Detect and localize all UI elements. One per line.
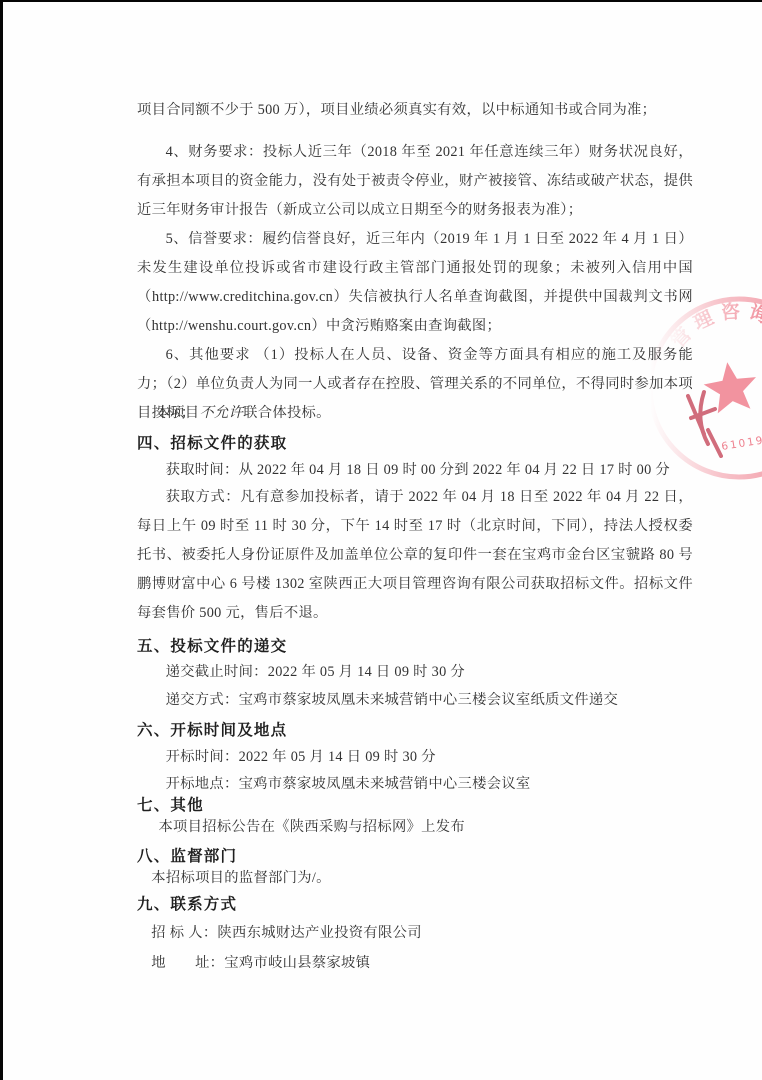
paragraph-acquisition-method: 获取方式：凡有意参加投标者，请于 2022 年 04 月 18 日至 2022 … bbox=[137, 483, 693, 628]
paragraph-tenderer-name: 招 标 人：陕西东城财达产业投资有限公司 bbox=[137, 919, 693, 948]
paragraph-submission-deadline: 递交截止时间：2022 年 05 月 14 日 09 时 30 分 bbox=[137, 658, 693, 687]
section-heading-5-bid-submission: 五、投标文件的递交 bbox=[137, 633, 693, 661]
paragraph-requirement-4-finance: 4、财务要求：投标人近三年（2018 年至 2021 年任意连续三年）财务状况良… bbox=[137, 138, 693, 225]
section-heading-6-bid-opening: 六、开标时间及地点 bbox=[137, 717, 693, 745]
no-consortium-emphasis: 不允许 bbox=[199, 405, 243, 421]
paragraph-contract-amount-continuation: 项目合同额不少于 500 万），项目业绩必须真实有效，以中标通知书或合同为准； bbox=[137, 96, 693, 125]
paragraph-acquisition-time: 获取时间：从 2022 年 04 月 18 日 09 时 00 分到 2022 … bbox=[137, 456, 693, 485]
paragraph-supervision-department: 本招标项目的监督部门为/。 bbox=[137, 864, 693, 893]
seal-star-icon bbox=[701, 359, 760, 415]
scanned-tender-document-page: { "page": { "background": "#fefefe", "sc… bbox=[0, 0, 762, 1080]
scan-edge-left bbox=[0, 0, 3, 1080]
paragraph-announcement-publication: 本项目招标公告在《陕西采购与招标网》上发布 bbox=[137, 813, 693, 842]
paragraph-submission-method: 递交方式：宝鸡市蔡家坡凤凰未来城营销中心三楼会议室纸质文件递交 bbox=[137, 686, 693, 715]
no-consortium-suffix: 联合体投标。 bbox=[243, 405, 331, 421]
seal-serial-number: 61019 bbox=[721, 434, 762, 453]
paragraph-tenderer-address: 地 址：宝鸡市岐山县蔡家坡镇 bbox=[137, 949, 693, 978]
paragraph-no-consortium: 本项目不允许联合体投标。 bbox=[137, 399, 693, 428]
scan-edge-top bbox=[0, 0, 762, 2]
section-heading-4-document-acquisition: 四、招标文件的获取 bbox=[137, 430, 693, 458]
paragraph-requirement-5-credit: 5、信誉要求：履约信誉良好，近三年内（2019 年 1 月 1 日至 2022 … bbox=[137, 225, 693, 341]
paragraph-opening-time: 开标时间：2022 年 05 月 14 日 09 时 30 分 bbox=[137, 743, 693, 772]
document-body: 项目合同额不少于 500 万），项目业绩必须真实有效，以中标通知书或合同为准； … bbox=[137, 96, 693, 1056]
section-heading-9-contact-information: 九、联系方式 bbox=[137, 891, 693, 919]
no-consortium-prefix: 本项目 bbox=[156, 405, 200, 421]
